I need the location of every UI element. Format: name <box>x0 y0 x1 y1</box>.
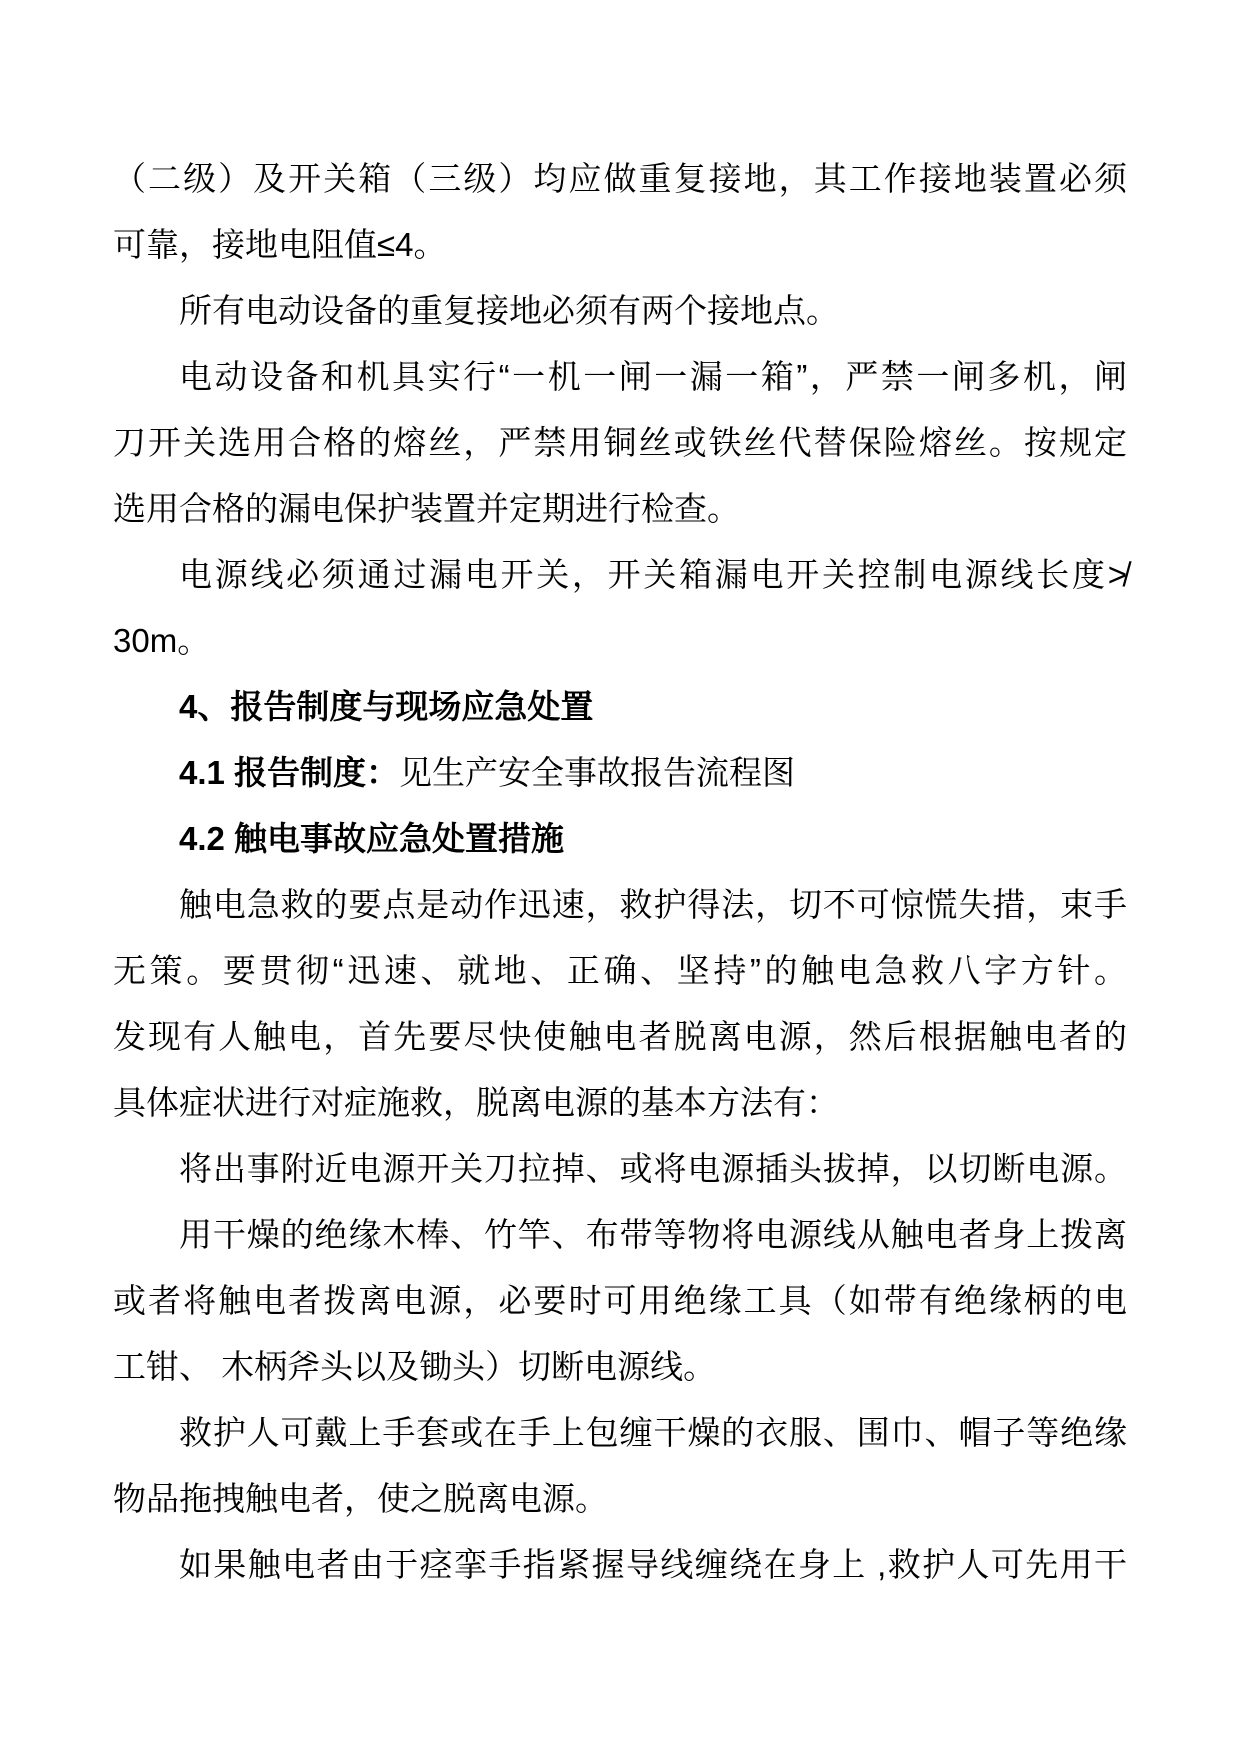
paragraph-line: 如果触电者由于痉挛手指紧握导线缠绕在身上 ,救护人可先用干 <box>113 1532 1127 1598</box>
heading-4-1-label: 4.1 报告制度： <box>179 754 399 791</box>
heading-section-4: 4、报告制度与现场应急处置 <box>113 674 1127 740</box>
paragraph-line: 触电急救的要点是动作迅速，救护得法，切不可惊慌失措，束手 <box>113 872 1127 938</box>
paragraph-line: 工钳、 木柄斧头以及锄头）切断电源线。 <box>113 1334 1127 1400</box>
paragraph-line: （二级）及开关箱（三级）均应做重复接地，其工作接地装置必须 <box>113 146 1127 212</box>
paragraph-line: 刀开关选用合格的熔丝，严禁用铜丝或铁丝代替保险熔丝。按规定 <box>113 410 1127 476</box>
heading-section-4-2: 4.2 触电事故应急处置措施 <box>113 806 1127 872</box>
paragraph-line: 用干燥的绝缘木棒、竹竿、布带等物将电源线从触电者身上拨离 <box>113 1202 1127 1268</box>
paragraph-line: 电动设备和机具实行“一机一闸一漏一箱”，严禁一闸多机，闸 <box>113 344 1127 410</box>
paragraph-line: 将出事附近电源开关刀拉掉、或将电源插头拔掉，以切断电源。 <box>113 1136 1127 1202</box>
paragraph-line: 可靠，接地电阻值≤4。 <box>113 212 1127 278</box>
paragraph-line: 发现有人触电，首先要尽快使触电者脱离电源，然后根据触电者的 <box>113 1004 1127 1070</box>
paragraph-line: 救护人可戴上手套或在手上包缠干燥的衣服、围巾、帽子等绝缘 <box>113 1400 1127 1466</box>
paragraph-line: 30m。 <box>113 608 1127 674</box>
paragraph-line: 电源线必须通过漏电开关，开关箱漏电开关控制电源线长度≯ <box>113 542 1127 608</box>
heading-4-1-text: 见生产安全事故报告流程图 <box>399 754 795 791</box>
heading-section-4-1: 4.1 报告制度：见生产安全事故报告流程图 <box>113 740 1127 806</box>
paragraph-line: 所有电动设备的重复接地必须有两个接地点。 <box>113 278 1127 344</box>
paragraph-line: 选用合格的漏电保护装置并定期进行检查。 <box>113 476 1127 542</box>
paragraph-line: 具体症状进行对症施救，脱离电源的基本方法有： <box>113 1070 1127 1136</box>
paragraph-line: 物品拖拽触电者，使之脱离电源。 <box>113 1466 1127 1532</box>
paragraph-line: 无策。要贯彻“迅速、就地、正确、坚持”的触电急救八字方针。 <box>113 938 1127 1004</box>
paragraph-line: 或者将触电者拨离电源，必要时可用绝缘工具（如带有绝缘柄的电 <box>113 1268 1127 1334</box>
document-page: （二级）及开关箱（三级）均应做重复接地，其工作接地装置必须 可靠，接地电阻值≤4… <box>113 0 1127 1598</box>
